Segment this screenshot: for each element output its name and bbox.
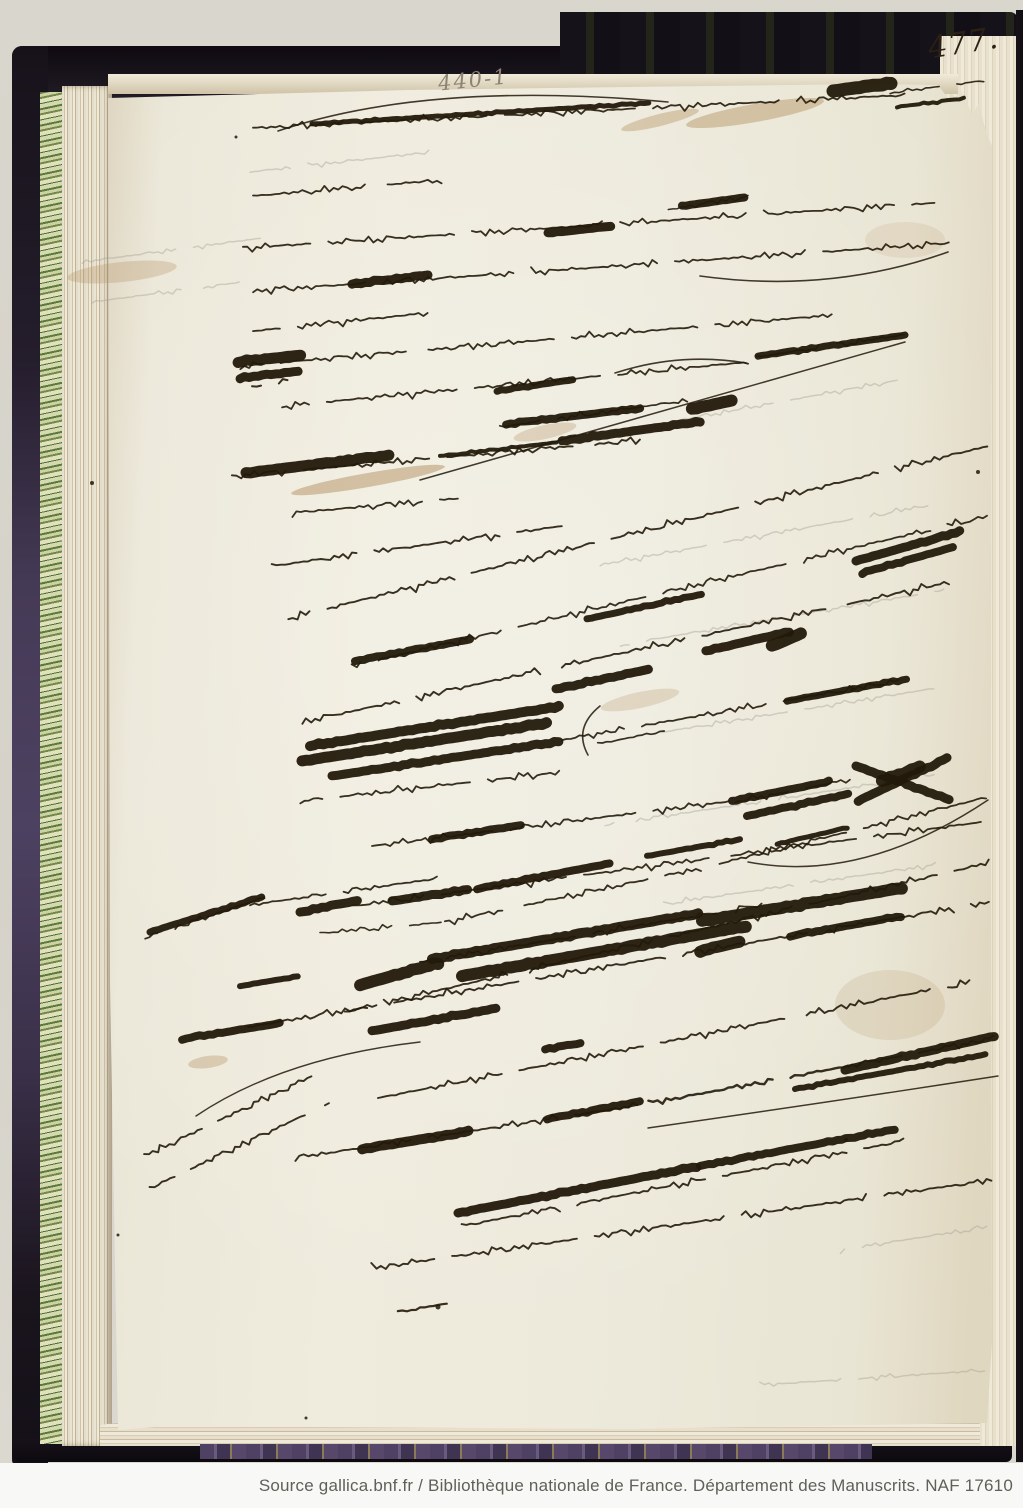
gallica-caption-bar: Source gallica.bnf.fr / Bibliothèque nat…	[0, 1463, 1023, 1508]
handwriting-layer	[0, 0, 1023, 1463]
source-caption: Source gallica.bnf.fr / Bibliothèque nat…	[259, 1476, 1013, 1496]
manuscript-photo: 477. 440-1	[0, 0, 1023, 1463]
